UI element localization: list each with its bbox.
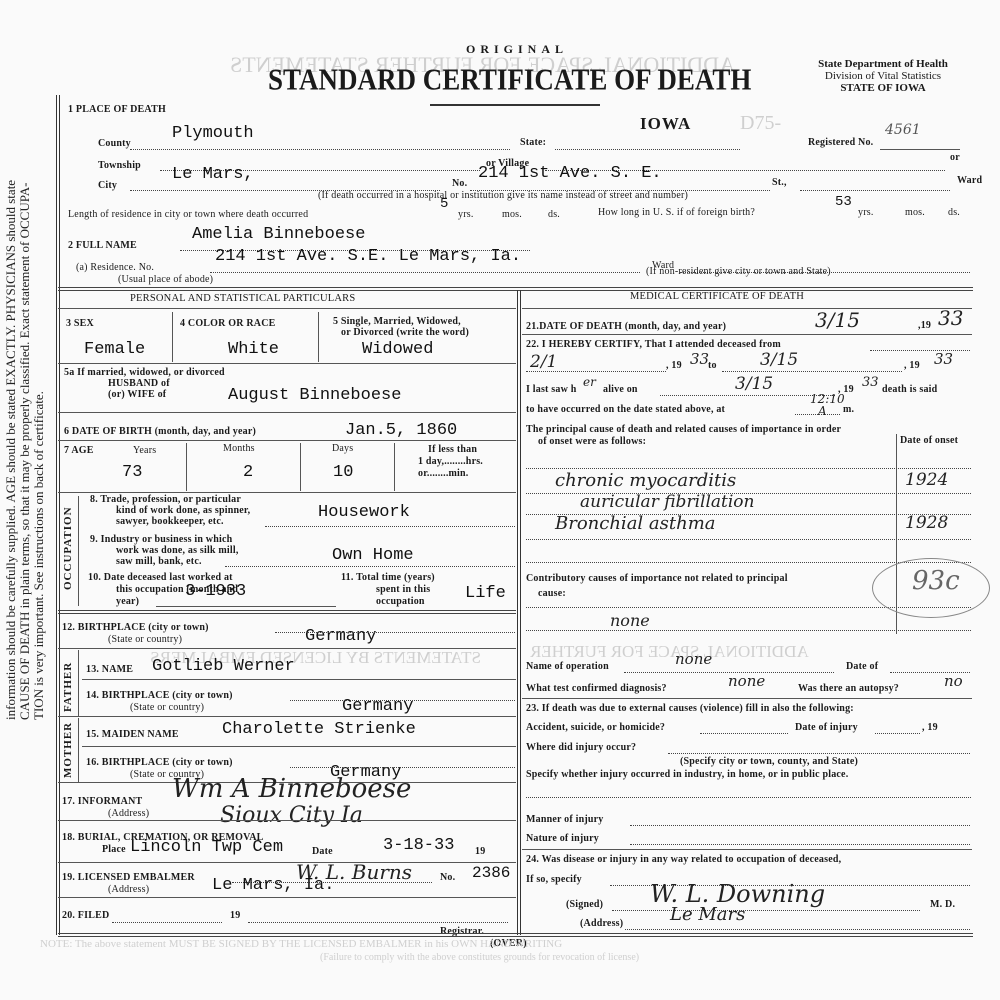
street-value: 214 1st Ave. S. E.	[478, 164, 662, 183]
accident-label: Accident, suicide, or homicide?	[526, 722, 665, 733]
residence-years-value: 5	[440, 196, 448, 212]
title-underline	[430, 104, 600, 106]
autopsy-value: no	[944, 672, 963, 690]
attended-from-value: 2/1	[530, 352, 557, 372]
father-birthplace-label-2: (State or country)	[130, 702, 204, 713]
foreign-years-value: 53	[835, 194, 852, 210]
county-label: County	[98, 138, 131, 149]
or-label: or	[950, 152, 960, 163]
father-birthplace-label-1: 14. BIRTHPLACE (city or town)	[86, 690, 233, 701]
spouse-label-2: HUSBAND of	[108, 378, 170, 389]
hospital-note: (If death occurred in a hospital or inst…	[318, 190, 688, 201]
md-label: M. D.	[930, 899, 955, 910]
footer-ghost-line-2: (Failure to comply with the above consti…	[320, 952, 639, 963]
side-note-line-1: information should be carefully supplied…	[4, 180, 18, 720]
address-label: (Address)	[580, 918, 623, 929]
informant-address-label: (Address)	[108, 808, 149, 819]
fb-mos-label: mos.	[905, 207, 925, 218]
sex-label: 3 SEX	[66, 318, 94, 329]
injury-year-prefix: , 19	[922, 722, 938, 733]
embalmer-address-label: (Address)	[108, 884, 149, 895]
circled-code: 93c	[912, 566, 960, 596]
last-worked-value: 3-1933	[185, 582, 246, 601]
less-than-3: or........min.	[418, 468, 469, 479]
less-than-1: If less than	[428, 444, 477, 455]
death-year-value: 33	[938, 306, 963, 330]
date-of-onset-label: Date of onset	[900, 435, 958, 446]
fb-ds-label: ds.	[948, 207, 960, 218]
burial-date-label: Date	[312, 846, 333, 857]
last-saw-label-1: I last saw h	[526, 384, 576, 395]
informant-signature: Wm A Binneboese	[172, 774, 411, 804]
bottom-border	[58, 933, 973, 937]
informant-label: 17. INFORMANT	[62, 796, 142, 807]
burial-year-prefix: 19	[475, 846, 485, 857]
industry-value: Own Home	[332, 546, 414, 565]
cause-intro-1: The principal cause of death and related…	[526, 424, 841, 435]
test-label: What test confirmed diagnosis?	[526, 683, 667, 694]
date-of-death-value: 3/15	[815, 308, 860, 332]
department-block: State Department of Health Division of V…	[788, 58, 978, 94]
section-divider	[58, 287, 973, 291]
age-label: 7 AGE	[64, 445, 94, 456]
mother-vertical-label: MOTHER	[62, 722, 74, 778]
county-value: Plymouth	[172, 124, 254, 143]
birthplace-value: Germany	[305, 627, 376, 646]
dept-line-1: State Department of Health	[788, 58, 978, 70]
less-than-2: 1 day,........hrs.	[418, 456, 483, 467]
spouse-label-1: 5a If married, widowed, or divorced	[64, 367, 225, 378]
total-time-label-3: occupation	[376, 596, 425, 607]
embalmer-label: 19. LICENSED EMBALMER	[62, 872, 195, 883]
st-label: St.,	[772, 177, 787, 188]
years-label: Years	[133, 445, 156, 456]
industry-label-1: 9. Industry or business in which	[90, 534, 232, 545]
maiden-name-value: Charolette Strienke	[222, 720, 416, 739]
years-value: 73	[122, 463, 142, 482]
trade-value: Housework	[318, 503, 410, 522]
street-no-label: No.	[452, 178, 467, 189]
original-label: ORIGINAL	[466, 42, 568, 57]
place-of-death-label: 1 PLACE OF DEATH	[68, 104, 166, 115]
birthplace-label-2: (State or country)	[108, 634, 182, 645]
total-time-label-1: 11. Total time (years)	[341, 572, 435, 583]
foreign-birth-label: How long in U. S. if of foreign birth?	[598, 207, 755, 218]
full-name-value: Amelia Binneboese	[192, 225, 365, 244]
marital-label-2: or Divorced (write the word)	[341, 327, 469, 338]
manner-label: Manner of injury	[526, 814, 603, 825]
industry-label-2: work was done, as silk mill,	[116, 545, 239, 556]
footer-ghost-line-1: NOTE: The above statement MUST BE SIGNED…	[40, 938, 562, 950]
death-year-prefix: ,19	[918, 320, 931, 331]
date-of-label: Date of	[846, 661, 878, 672]
state-value: IOWA	[640, 114, 691, 134]
cause-intro-2: of onset were as follows:	[538, 436, 646, 447]
burial-place-label: Place	[102, 844, 126, 855]
spouse-value: August Binneboese	[228, 386, 401, 405]
specify-label: Specify whether injury occurred in indus…	[526, 769, 848, 780]
registered-no-label: Registered No.	[808, 137, 873, 148]
months-label: Months	[223, 443, 255, 454]
cause-3: Bronchial asthma	[555, 513, 716, 534]
date-of-death-label: 21.DATE OF DEATH (month, day, and year)	[526, 321, 726, 332]
industry-label-3: saw mill, bank, etc.	[116, 556, 202, 567]
signed-label: (Signed)	[566, 899, 603, 910]
attended-to-year-prefix: , 19	[904, 360, 920, 371]
address-value: Le Mars	[670, 904, 745, 925]
operation-label: Name of operation	[526, 661, 609, 672]
days-label: Days	[332, 443, 353, 454]
city-value: Le Mars,	[172, 165, 254, 184]
to-label: to	[708, 360, 717, 371]
occurred-label: to have occurred on the date stated abov…	[526, 404, 725, 415]
father-name-label: 13. NAME	[86, 664, 133, 675]
residence-value: 214 1st Ave. S.E. Le Mars, Ia.	[215, 247, 521, 266]
side-note-line-3: TION is very important. See instructions…	[32, 180, 46, 720]
embalmer-address-value: Le Mars, Ia.	[212, 876, 334, 895]
attended-from-year: 33	[690, 350, 709, 368]
registered-no-value: 4561	[885, 122, 921, 138]
last-saw-label-2: alive on	[603, 384, 638, 395]
death-said-label: death is said	[882, 384, 937, 395]
last-saw-year: 33	[862, 375, 879, 390]
operation-value: none	[675, 650, 712, 668]
onset-1: 1924	[905, 470, 948, 490]
last-saw-her: er	[583, 375, 596, 389]
cause-1: chronic myocarditis	[555, 470, 736, 491]
attended-to-year: 33	[934, 350, 953, 368]
trade-label-3: sawyer, bookkeeper, etc.	[116, 516, 224, 527]
attended-to-value: 3/15	[760, 350, 798, 370]
fb-yrs-label: yrs.	[858, 207, 874, 218]
city-label: City	[98, 180, 117, 191]
state-label: State:	[520, 137, 546, 148]
occupation-vertical-label: OCCUPATION	[62, 506, 74, 590]
personal-section-title: PERSONAL AND STATISTICAL PARTICULARS	[130, 293, 355, 304]
attended-from-year-prefix: , 19	[666, 360, 682, 371]
center-divider	[517, 290, 521, 935]
days-value: 10	[333, 463, 353, 482]
father-name-value: Gotlieb Werner	[152, 657, 295, 676]
total-time-label-2: spent in this	[376, 584, 430, 595]
dob-label: 6 DATE OF BIRTH (month, day, and year)	[64, 426, 256, 437]
embalmer-no-label: No.	[440, 872, 455, 883]
side-instructions: information should be carefully supplied…	[4, 180, 46, 720]
certify-label: 22. I HEREBY CERTIFY, That I attended de…	[526, 339, 781, 350]
father-vertical-label: FATHER	[62, 662, 74, 712]
time-ampm: A	[818, 404, 827, 418]
ward-label: Ward	[957, 175, 982, 186]
dept-line-2: Division of Vital Statistics	[788, 70, 978, 82]
dob-value: Jan.5, 1860	[345, 421, 457, 440]
m-label: m.	[843, 404, 854, 415]
test-value: none	[728, 672, 765, 690]
time-value: 12:10	[810, 392, 845, 406]
certificate-title: STANDARD CERTIFICATE OF DEATH	[268, 62, 751, 98]
township-label: Township	[98, 160, 141, 171]
months-value: 2	[243, 463, 253, 482]
external-causes-label: 23. If death was due to external causes …	[526, 703, 854, 714]
filed-label: 20. FILED	[62, 910, 109, 921]
autopsy-label: Was there an autopsy?	[798, 683, 899, 694]
last-worked-label-3: year)	[116, 596, 139, 607]
onset-3: 1928	[905, 513, 948, 533]
cause-2: auricular fibrillation	[580, 492, 754, 512]
informant-address-value: Sioux City Ia	[220, 803, 363, 828]
trade-label-2: kind of work done, as spinner,	[116, 505, 250, 516]
medical-section-title: MEDICAL CERTIFICATE OF DEATH	[630, 291, 804, 302]
race-value: White	[228, 340, 279, 359]
burial-place-value: Lincoln Twp Cem	[130, 838, 283, 857]
form-left-border	[56, 95, 60, 935]
stamp-number: D75-	[740, 112, 781, 135]
abode-note: (Usual place of abode)	[118, 274, 213, 285]
dept-line-3: STATE OF IOWA	[788, 82, 978, 94]
race-label: 4 COLOR OR RACE	[180, 318, 276, 329]
marital-label-1: 5 Single, Married, Widowed,	[333, 316, 461, 327]
marital-value: Widowed	[362, 340, 433, 359]
where-note: (Specify city or town, county, and State…	[680, 756, 858, 767]
full-name-label: 2 FULL NAME	[68, 240, 137, 251]
contributory-label-1: Contributory causes of importance not re…	[526, 573, 788, 584]
spouse-label-3: (or) WIFE of	[108, 389, 166, 400]
trade-label-1: 8. Trade, profession, or particular	[90, 494, 241, 505]
burial-date-value: 3-18-33	[383, 836, 454, 855]
res-ds-label: ds.	[548, 209, 560, 220]
res-mos-label: mos.	[502, 209, 522, 220]
mother-birthplace-label-1: 16. BIRTHPLACE (city or town)	[86, 757, 233, 768]
filed-year-prefix: 19	[230, 910, 240, 921]
contributory-value: none	[610, 611, 650, 630]
total-time-value: Life	[465, 584, 506, 603]
where-label: Where did injury occur?	[526, 742, 636, 753]
injury-date-label: Date of injury	[795, 722, 858, 733]
birthplace-label-1: 12. BIRTHPLACE (city or town)	[62, 622, 209, 633]
residence-length-label: Length of residence in city or town wher…	[68, 209, 308, 220]
embalmer-no-value: 2386	[472, 864, 510, 882]
if-so-label: If so, specify	[526, 874, 582, 885]
side-note-line-2: CAUSE OF DEATH in plain terms, so that i…	[18, 180, 32, 720]
contributory-label-2: cause:	[538, 588, 566, 599]
ghost-reverse-text-3: ADDITIONAL SPACE FOR FURTHER	[530, 642, 809, 662]
occupation-related-label: 24. Was disease or injury in any way rel…	[526, 854, 841, 865]
sex-value: Female	[84, 340, 145, 359]
maiden-name-label: 15. MAIDEN NAME	[86, 729, 179, 740]
res-yrs-label: yrs.	[458, 209, 474, 220]
residence-label: (a) Residence. No.	[76, 262, 154, 273]
last-saw-value: 3/15	[735, 374, 773, 394]
nature-label: Nature of injury	[526, 833, 599, 844]
nonresident-note: (If non-resident give city or town and S…	[646, 266, 831, 277]
